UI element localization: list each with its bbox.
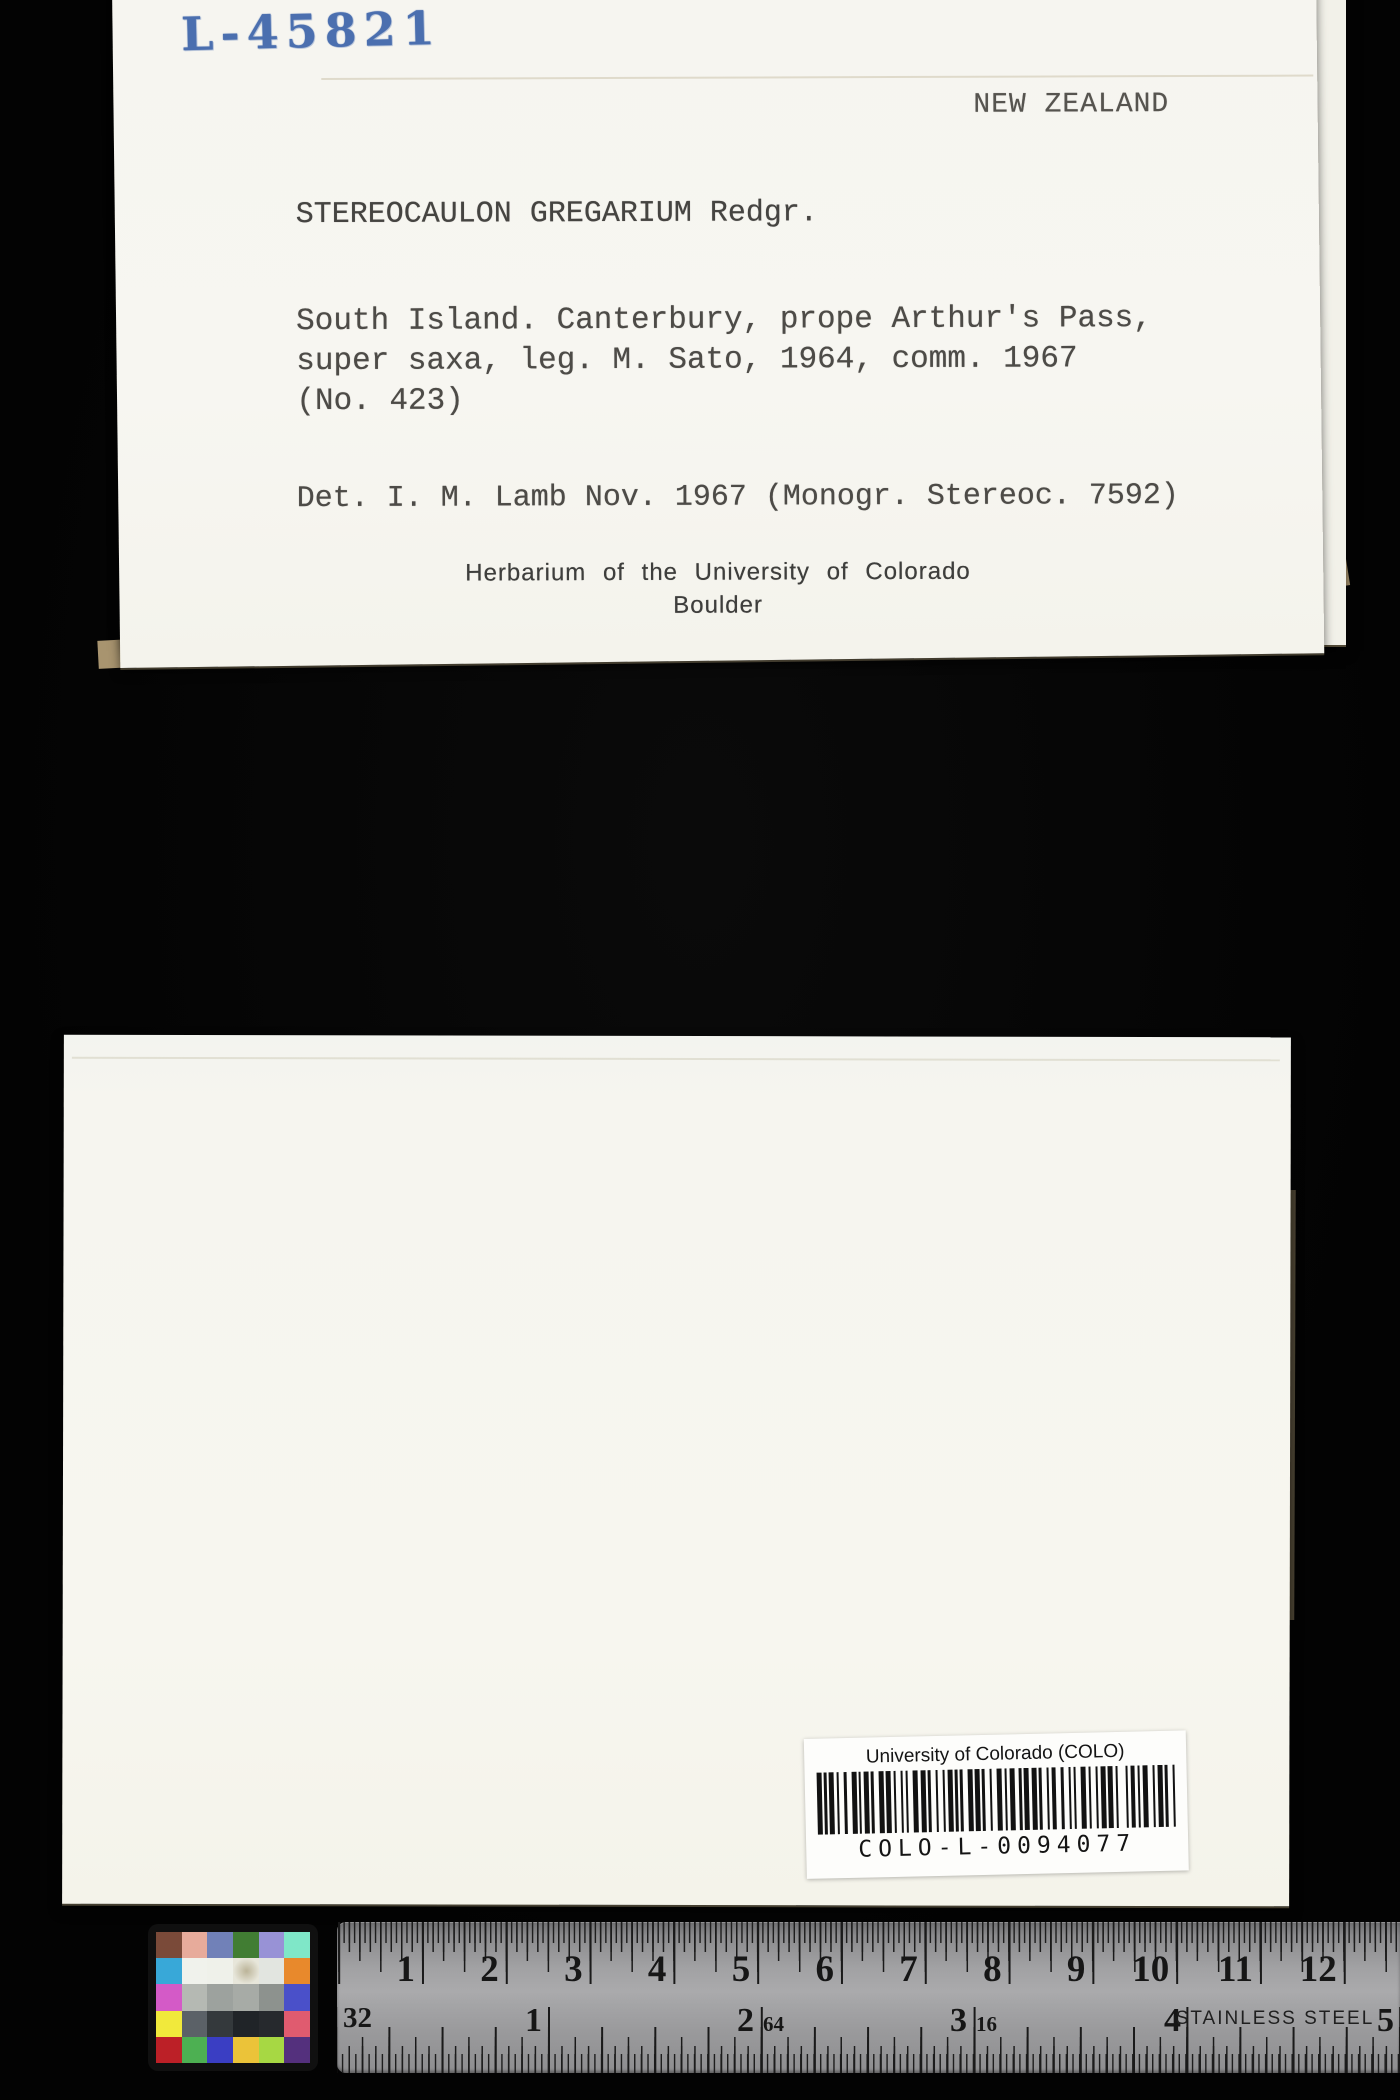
barcode-bar (1172, 1765, 1176, 1827)
card-crease (72, 1057, 1280, 1062)
color-patch-20 (182, 2011, 208, 2037)
ruler-inch-number-8: 8 (942, 1948, 1002, 1991)
color-patch-grid (156, 1932, 310, 2063)
ruler-inch-number-10: 10 (1109, 1948, 1169, 1991)
locality-line-2: super saxa, leg. M. Sato, 1964, comm. 19… (296, 339, 1152, 382)
color-patch-4 (233, 1932, 259, 1958)
ruler-graduation-1: 1 (525, 2002, 542, 2040)
color-patch-22 (233, 2011, 259, 2037)
barcode (817, 1765, 1176, 1835)
color-patch-26 (182, 2037, 208, 2063)
ruler-inch-number-12: 12 (1277, 1948, 1337, 1991)
barcode-label: University of Colorado (COLO) COLO-L-009… (804, 1730, 1189, 1878)
ruler-inch-number-4: 4 (606, 1948, 666, 1991)
ruler-inch-number-6: 6 (774, 1948, 834, 1991)
species-name: STEREOCAULON GREGARIUM Redgr. (296, 196, 818, 232)
ruler-inch-number-1: 1 (355, 1948, 415, 1991)
ruler-inch-number-11: 11 (1193, 1948, 1253, 1991)
color-patch-30 (284, 2037, 310, 2063)
ruler-graduation-2: 264 (737, 2002, 784, 2040)
color-patch-23 (259, 2011, 285, 2037)
color-patch-6 (284, 1932, 310, 1958)
color-patch-24 (284, 2011, 310, 2037)
card-verso: University of Colorado (COLO) COLO-L-009… (62, 1035, 1291, 1907)
accession-number-stamp: L-45821 (180, 1, 442, 61)
color-patch-12 (284, 1958, 310, 1984)
color-patch-25 (156, 2037, 182, 2063)
specimen-label-card: L-45821 NEW ZEALAND STEREOCAULON GREGARI… (112, 0, 1324, 668)
color-calibration-chart (148, 1924, 318, 2071)
color-patch-9 (207, 1958, 233, 1984)
color-patch-14 (182, 1984, 208, 2010)
color-patch-5 (259, 1932, 285, 1958)
color-patch-13 (156, 1984, 182, 2010)
herbarium-specimen-photo: L-45821 NEW ZEALAND STEREOCAULON GREGARI… (0, 0, 1400, 2100)
color-patch-21 (207, 2011, 233, 2037)
color-patch-15 (207, 1984, 233, 2010)
herbarium-stamp: Herbarium of the University of Colorado … (418, 558, 1018, 621)
patch-smudge (233, 1957, 260, 1985)
ruler-graduation-3: 316 (950, 2002, 997, 2040)
ruler-brand-text: STAINLESS STEEL (1175, 2008, 1375, 2030)
color-patch-27 (207, 2037, 233, 2063)
ruler-inch-number-2: 2 (439, 1948, 499, 1991)
color-patch-7 (156, 1958, 182, 1984)
locality-line-3: (No. 423) (296, 379, 1152, 422)
color-patch-3 (207, 1932, 233, 1958)
color-patch-8 (182, 1958, 208, 1984)
ruler: 123456789101112 32126431645 STAINLESS ST… (337, 1922, 1400, 2073)
card-edge-crease (321, 75, 1313, 80)
barcode-number: COLO-L-0094077 (806, 1829, 1188, 1864)
color-patch-18 (284, 1984, 310, 2010)
ruler-inch-number-7: 7 (858, 1948, 918, 1991)
color-patch-16 (233, 1984, 259, 2010)
herbarium-stamp-line1: Herbarium of the University of Colorado (418, 558, 1018, 588)
determination-line: Det. I. M. Lamb Nov. 1967 (Monogr. Stere… (297, 479, 1179, 516)
locality-text: South Island. Canterbury, prope Arthur's… (296, 299, 1152, 422)
color-patch-19 (156, 2011, 182, 2037)
ruler-graduation-32: 32 (343, 2002, 372, 2035)
region-label: NEW ZEALAND (973, 89, 1169, 121)
ruler-inch-number-9: 9 (1025, 1948, 1085, 1991)
color-patch-2 (182, 1932, 208, 1958)
ruler-inch-number-5: 5 (690, 1948, 750, 1991)
color-patch-29 (259, 2037, 285, 2063)
label-card-content: L-45821 NEW ZEALAND STEREOCAULON GREGARI… (115, 0, 1321, 663)
color-patch-17 (259, 1984, 285, 2010)
color-patch-1 (156, 1932, 182, 1958)
ruler-graduation-5: 5 (1377, 2002, 1394, 2040)
color-patch-11 (259, 1958, 285, 1984)
locality-line-1: South Island. Canterbury, prope Arthur's… (296, 299, 1152, 342)
herbarium-stamp-line2: Boulder (418, 591, 1018, 621)
color-patch-28 (233, 2037, 259, 2063)
ruler-inch-number-3: 3 (523, 1948, 583, 1991)
